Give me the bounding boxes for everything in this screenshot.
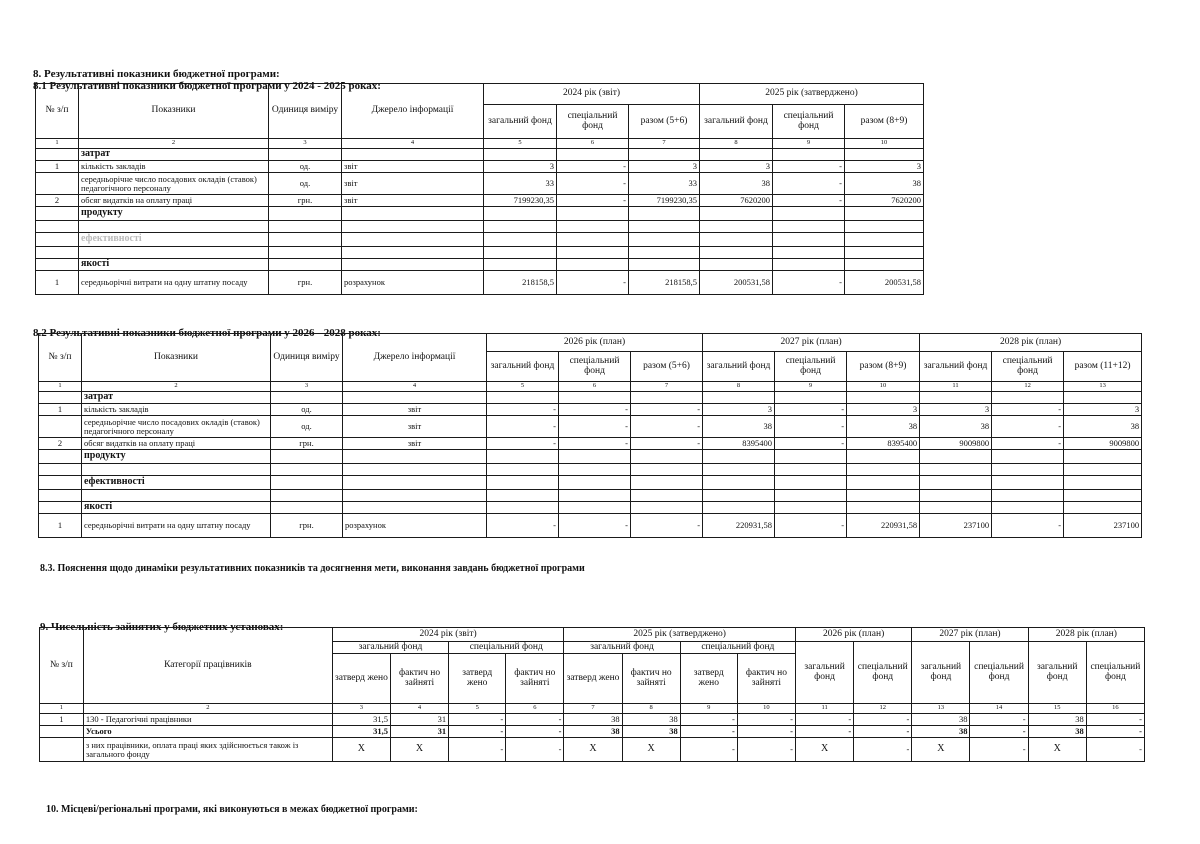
table-row-empty [36, 221, 924, 233]
value-cell: - [775, 416, 847, 438]
indicator-group-label: затрат [79, 149, 269, 161]
row-number [36, 233, 79, 247]
row-number [36, 149, 79, 161]
header-year-2027: 2027 рік (план) [703, 334, 920, 352]
empty-cell [700, 233, 773, 247]
indicator-name: обсяг видатків на оплату праці [79, 195, 269, 207]
header-special-fund: спеціальний фонд [992, 352, 1064, 382]
empty-cell [845, 233, 924, 247]
value-cell: X [912, 738, 970, 762]
value-cell: 38 [1064, 416, 1142, 438]
empty-cell [484, 207, 557, 221]
empty-cell [773, 221, 845, 233]
header-unit: Одиниця виміру [271, 334, 343, 382]
value-cell: 200531,58 [700, 271, 773, 295]
empty-cell [700, 149, 773, 161]
empty-cell [269, 247, 342, 259]
header-general-fund: загальний фонд [912, 642, 970, 704]
empty-cell [631, 392, 703, 404]
value-cell: - [773, 271, 845, 295]
value-cell: 3 [920, 404, 992, 416]
unit: грн. [269, 271, 342, 295]
row-number [39, 502, 82, 514]
row-number: 1 [36, 271, 79, 295]
table-row: середньорічне число посадових окладів (с… [36, 173, 924, 195]
indicator-group-label: затрат [82, 392, 271, 404]
empty-cell [271, 502, 343, 514]
empty-cell [629, 149, 700, 161]
column-index-row: 12345678910 [36, 139, 924, 149]
header-total: разом (5+6) [631, 352, 703, 382]
row-number [40, 726, 84, 738]
row-number [36, 207, 79, 221]
column-index-cell: 12 [992, 382, 1064, 392]
value-cell: 33 [629, 173, 700, 195]
empty-cell [992, 392, 1064, 404]
header-unit: Одиниця виміру [269, 84, 342, 139]
value-cell: X [622, 738, 680, 762]
table-row: 1кількість закладівод.звіт---3-33-3 [39, 404, 1142, 416]
value-cell: 31,5 [332, 726, 390, 738]
empty-cell [559, 464, 631, 476]
empty-cell [631, 464, 703, 476]
row-number [36, 221, 79, 233]
value-cell: - [737, 738, 795, 762]
value-cell: - [796, 726, 854, 738]
row-number [39, 464, 82, 476]
header-year-2026: 2026 рік (план) [487, 334, 703, 352]
indicator-group-label: продукту [82, 450, 271, 464]
row-number [40, 738, 84, 762]
empty-cell [629, 221, 700, 233]
empty-cell [343, 450, 487, 464]
value-cell: 38 [912, 726, 970, 738]
value-cell: 31,5 [332, 714, 390, 726]
column-index-cell: 2 [83, 704, 332, 714]
table-row-group-faded: ефективності [36, 233, 924, 247]
value-cell: - [506, 714, 564, 726]
value-cell: - [557, 195, 629, 207]
column-index-cell: 14 [970, 704, 1028, 714]
value-cell: 3 [700, 161, 773, 173]
employee-category: 130 - Педагогічні працівники [83, 714, 332, 726]
table-8-2-indicators-2026-2028: № з/п Показники Одиниця виміру Джерело і… [38, 333, 1142, 538]
column-index-cell: 6 [506, 704, 564, 714]
source: звіт [343, 438, 487, 450]
empty-cell [773, 149, 845, 161]
value-cell: 3 [629, 161, 700, 173]
value-cell: 38 [564, 714, 622, 726]
empty-cell [700, 221, 773, 233]
empty-cell [629, 233, 700, 247]
empty-cell [342, 233, 484, 247]
header-special-fund: спеціальний фонд [775, 352, 847, 382]
empty-cell [920, 490, 992, 502]
column-index-cell: 4 [342, 139, 484, 149]
source: розрахунок [343, 514, 487, 538]
indicator-name: кількість закладів [79, 161, 269, 173]
table-8-1-indicators-2024-2025: № з/п Показники Одиниця виміру Джерело і… [35, 83, 924, 295]
table-row-empty [39, 490, 1142, 502]
empty-cell [271, 392, 343, 404]
value-cell: 3 [703, 404, 775, 416]
value-cell: - [559, 514, 631, 538]
header-category: Категорії працівників [83, 628, 332, 704]
empty-cell [703, 490, 775, 502]
value-cell: - [737, 726, 795, 738]
value-cell: 7620200 [700, 195, 773, 207]
empty-cell [920, 502, 992, 514]
value-cell: 31 [390, 714, 448, 726]
header-actual: фактич но зайняті [506, 654, 564, 704]
header-general-fund: загальний фонд [920, 352, 992, 382]
value-cell: - [1086, 726, 1144, 738]
value-cell: 3 [847, 404, 920, 416]
empty-cell [847, 476, 920, 490]
table-row: середньорічне число посадових окладів (с… [39, 416, 1142, 438]
column-index-cell: 3 [271, 382, 343, 392]
value-cell: - [680, 726, 737, 738]
column-index-cell: 5 [487, 382, 559, 392]
row-number: 1 [39, 514, 82, 538]
empty-cell [920, 464, 992, 476]
row-number [36, 173, 79, 195]
column-index-cell: 12 [854, 704, 912, 714]
unit: од. [269, 173, 342, 195]
value-cell: 38 [700, 173, 773, 195]
empty-cell [557, 259, 629, 271]
header-special-fund: спеціальний фонд [449, 642, 564, 654]
value-cell: 38 [912, 714, 970, 726]
budget-document-page: 8. Результативні показники бюджетної про… [0, 0, 1200, 844]
empty-cell [703, 476, 775, 490]
empty-cell [1064, 502, 1142, 514]
column-index-cell: 10 [847, 382, 920, 392]
empty-cell [271, 476, 343, 490]
value-cell: 38 [1028, 726, 1086, 738]
indicator-name: кількість закладів [82, 404, 271, 416]
header-actual: фактич но зайняті [390, 654, 448, 704]
header-special-fund: спеціальний фонд [557, 105, 629, 139]
header-indicator: Показники [82, 334, 271, 382]
empty-cell [1064, 490, 1142, 502]
empty-cell [484, 247, 557, 259]
value-cell: - [559, 416, 631, 438]
header-source: Джерело інформації [343, 334, 487, 382]
row-number [36, 247, 79, 259]
indicator-group-label [79, 221, 269, 233]
header-year-2028: 2028 рік (план) [920, 334, 1142, 352]
empty-cell [487, 392, 559, 404]
empty-cell [343, 392, 487, 404]
empty-cell [559, 450, 631, 464]
header-total: разом (11+12) [1064, 352, 1142, 382]
header-special-fund: спеціальний фонд [970, 642, 1028, 704]
empty-cell [773, 247, 845, 259]
empty-cell [342, 221, 484, 233]
value-cell: - [487, 514, 559, 538]
header-year-2028: 2028 рік (план) [1028, 628, 1144, 642]
value-cell: - [775, 438, 847, 450]
indicator-group-label: ефективності [82, 476, 271, 490]
header-special-fund: спеціальний фонд [773, 105, 845, 139]
value-cell: 7199230,35 [629, 195, 700, 207]
unit: грн. [269, 195, 342, 207]
column-index-cell: 9 [773, 139, 845, 149]
empty-cell [629, 207, 700, 221]
indicator-group-label [82, 490, 271, 502]
value-cell: - [992, 438, 1064, 450]
value-cell: - [557, 271, 629, 295]
value-cell: - [506, 726, 564, 738]
value-cell: - [631, 438, 703, 450]
empty-cell [631, 476, 703, 490]
value-cell: 237100 [920, 514, 992, 538]
indicator-group-label: ефективності [79, 233, 269, 247]
header-year-2025: 2025 рік (затверджено) [700, 84, 924, 105]
value-cell: - [449, 726, 506, 738]
indicator-group-label: продукту [79, 207, 269, 221]
value-cell: - [557, 173, 629, 195]
column-index-cell: 16 [1086, 704, 1144, 714]
value-cell: - [487, 404, 559, 416]
column-index-cell: 2 [79, 139, 269, 149]
empty-cell [775, 450, 847, 464]
empty-cell [269, 149, 342, 161]
empty-cell [343, 476, 487, 490]
empty-cell [269, 233, 342, 247]
indicator-name: обсяг видатків на оплату праці [82, 438, 271, 450]
row-number [39, 450, 82, 464]
header-special-fund: спеціальний фонд [854, 642, 912, 704]
column-index-cell: 6 [559, 382, 631, 392]
header-approved: затверд жено [332, 654, 390, 704]
header-source: Джерело інформації [342, 84, 484, 139]
value-cell: X [1028, 738, 1086, 762]
empty-cell [845, 247, 924, 259]
header-general-fund: загальний фонд [484, 105, 557, 139]
section-8-title: 8. Результативні показники бюджетної про… [33, 68, 280, 80]
column-index-cell: 7 [629, 139, 700, 149]
value-cell: - [487, 416, 559, 438]
table-row-group: продукту [39, 450, 1142, 464]
empty-cell [992, 476, 1064, 490]
value-cell: - [992, 404, 1064, 416]
empty-cell [920, 476, 992, 490]
header-no: № з/п [39, 334, 82, 382]
row-number [36, 259, 79, 271]
value-cell: 218158,5 [629, 271, 700, 295]
empty-cell [775, 476, 847, 490]
source: звіт [342, 173, 484, 195]
value-cell: - [680, 714, 737, 726]
empty-cell [342, 207, 484, 221]
header-special-fund: спеціальний фонд [559, 352, 631, 382]
empty-cell [700, 207, 773, 221]
empty-cell [629, 259, 700, 271]
empty-cell [557, 221, 629, 233]
empty-cell [700, 247, 773, 259]
table-row-empty [39, 464, 1142, 476]
empty-cell [992, 502, 1064, 514]
empty-cell [342, 259, 484, 271]
empty-cell [557, 247, 629, 259]
value-cell: 237100 [1064, 514, 1142, 538]
empty-cell [271, 464, 343, 476]
value-cell: 9009800 [920, 438, 992, 450]
empty-cell [559, 490, 631, 502]
value-cell: - [773, 195, 845, 207]
value-cell: 38 [847, 416, 920, 438]
value-cell: 38 [622, 726, 680, 738]
empty-cell [487, 476, 559, 490]
value-cell: 3 [845, 161, 924, 173]
empty-cell [269, 207, 342, 221]
empty-cell [775, 502, 847, 514]
indicator-group-label [79, 247, 269, 259]
value-cell: - [854, 726, 912, 738]
empty-cell [487, 502, 559, 514]
column-index-cell: 15 [1028, 704, 1086, 714]
empty-cell [557, 233, 629, 247]
value-cell: - [559, 404, 631, 416]
header-indicator: Показники [79, 84, 269, 139]
empty-cell [847, 502, 920, 514]
header-approved: затверд жено [449, 654, 506, 704]
header-general-fund: загальний фонд [1028, 642, 1086, 704]
value-cell: - [631, 514, 703, 538]
value-cell: 38 [564, 726, 622, 738]
empty-cell [342, 247, 484, 259]
value-cell: 8395400 [847, 438, 920, 450]
value-cell: X [796, 738, 854, 762]
row-number: 2 [39, 438, 82, 450]
column-index-cell: 10 [845, 139, 924, 149]
column-index-cell: 5 [449, 704, 506, 714]
empty-cell [703, 502, 775, 514]
empty-cell [484, 233, 557, 247]
empty-cell [271, 490, 343, 502]
value-cell: - [1086, 714, 1144, 726]
column-index-cell: 6 [557, 139, 629, 149]
indicator-name: середньорічні витрати на одну штатну пос… [79, 271, 269, 295]
value-cell: - [680, 738, 737, 762]
header-general-fund: загальний фонд [564, 642, 680, 654]
empty-cell [775, 464, 847, 476]
header-approved: затверд жено [564, 654, 622, 704]
column-index-cell: 2 [82, 382, 271, 392]
value-cell: 7620200 [845, 195, 924, 207]
header-no: № з/п [36, 84, 79, 139]
empty-cell [487, 490, 559, 502]
value-cell: 33 [484, 173, 557, 195]
table-row-group: продукту [36, 207, 924, 221]
empty-cell [631, 502, 703, 514]
value-cell: 38 [920, 416, 992, 438]
empty-cell [775, 490, 847, 502]
row-number [39, 490, 82, 502]
empty-cell [557, 149, 629, 161]
empty-cell [845, 149, 924, 161]
table-row: 2обсяг видатків на оплату працігрн.звіт7… [36, 195, 924, 207]
row-number: 1 [36, 161, 79, 173]
table-row: 1середньорічні витрати на одну штатну по… [39, 514, 1142, 538]
header-total: разом (8+9) [845, 105, 924, 139]
value-cell: - [775, 514, 847, 538]
header-total: разом (5+6) [629, 105, 700, 139]
empty-cell [847, 392, 920, 404]
table-row-group: якості [36, 259, 924, 271]
empty-cell [484, 259, 557, 271]
value-cell: - [557, 161, 629, 173]
column-index-cell: 13 [912, 704, 970, 714]
empty-cell [631, 490, 703, 502]
column-index-cell: 8 [700, 139, 773, 149]
value-cell: - [796, 714, 854, 726]
empty-cell [703, 392, 775, 404]
value-cell: - [992, 416, 1064, 438]
section-10-title: 10. Місцеві/регіональні програми, які ви… [46, 804, 418, 815]
empty-cell [847, 490, 920, 502]
value-cell: - [775, 404, 847, 416]
header-year-2024: 2024 рік (звіт) [484, 84, 700, 105]
indicator-group-label [82, 464, 271, 476]
empty-cell [920, 450, 992, 464]
header-year-2026: 2026 рік (план) [796, 628, 912, 642]
value-cell: 218158,5 [484, 271, 557, 295]
empty-cell [845, 259, 924, 271]
empty-cell [703, 464, 775, 476]
header-general-fund: загальний фонд [332, 642, 448, 654]
source: звіт [342, 161, 484, 173]
column-index-cell: 10 [737, 704, 795, 714]
value-cell: - [631, 404, 703, 416]
column-index-cell: 3 [269, 139, 342, 149]
value-cell: X [564, 738, 622, 762]
column-index-cell: 9 [775, 382, 847, 392]
table-row-empty [36, 247, 924, 259]
empty-cell [992, 464, 1064, 476]
table-row: 1130 - Педагогічні працівники31,531--383… [40, 714, 1145, 726]
empty-cell [992, 450, 1064, 464]
empty-cell [559, 502, 631, 514]
value-cell: - [773, 173, 845, 195]
value-cell: - [854, 738, 912, 762]
value-cell: 38 [1028, 714, 1086, 726]
column-index-cell: 7 [564, 704, 622, 714]
unit: од. [271, 404, 343, 416]
value-cell: 9009800 [1064, 438, 1142, 450]
header-general-fund: загальний фонд [487, 352, 559, 382]
row-number: 1 [39, 404, 82, 416]
header-no: № з/п [40, 628, 84, 704]
empty-cell [557, 207, 629, 221]
empty-cell [847, 450, 920, 464]
header-year-2025: 2025 рік (затверджено) [564, 628, 796, 642]
column-index-cell: 8 [703, 382, 775, 392]
value-cell: 220931,58 [847, 514, 920, 538]
column-index-cell: 4 [390, 704, 448, 714]
header-actual: фактич но зайняті [737, 654, 795, 704]
source: звіт [343, 416, 487, 438]
table-row: Усього31,531--3838----38-38- [40, 726, 1145, 738]
column-index-cell: 11 [920, 382, 992, 392]
column-index-cell: 8 [622, 704, 680, 714]
empty-cell [847, 464, 920, 476]
empty-cell [920, 392, 992, 404]
empty-cell [992, 490, 1064, 502]
empty-cell [1064, 450, 1142, 464]
